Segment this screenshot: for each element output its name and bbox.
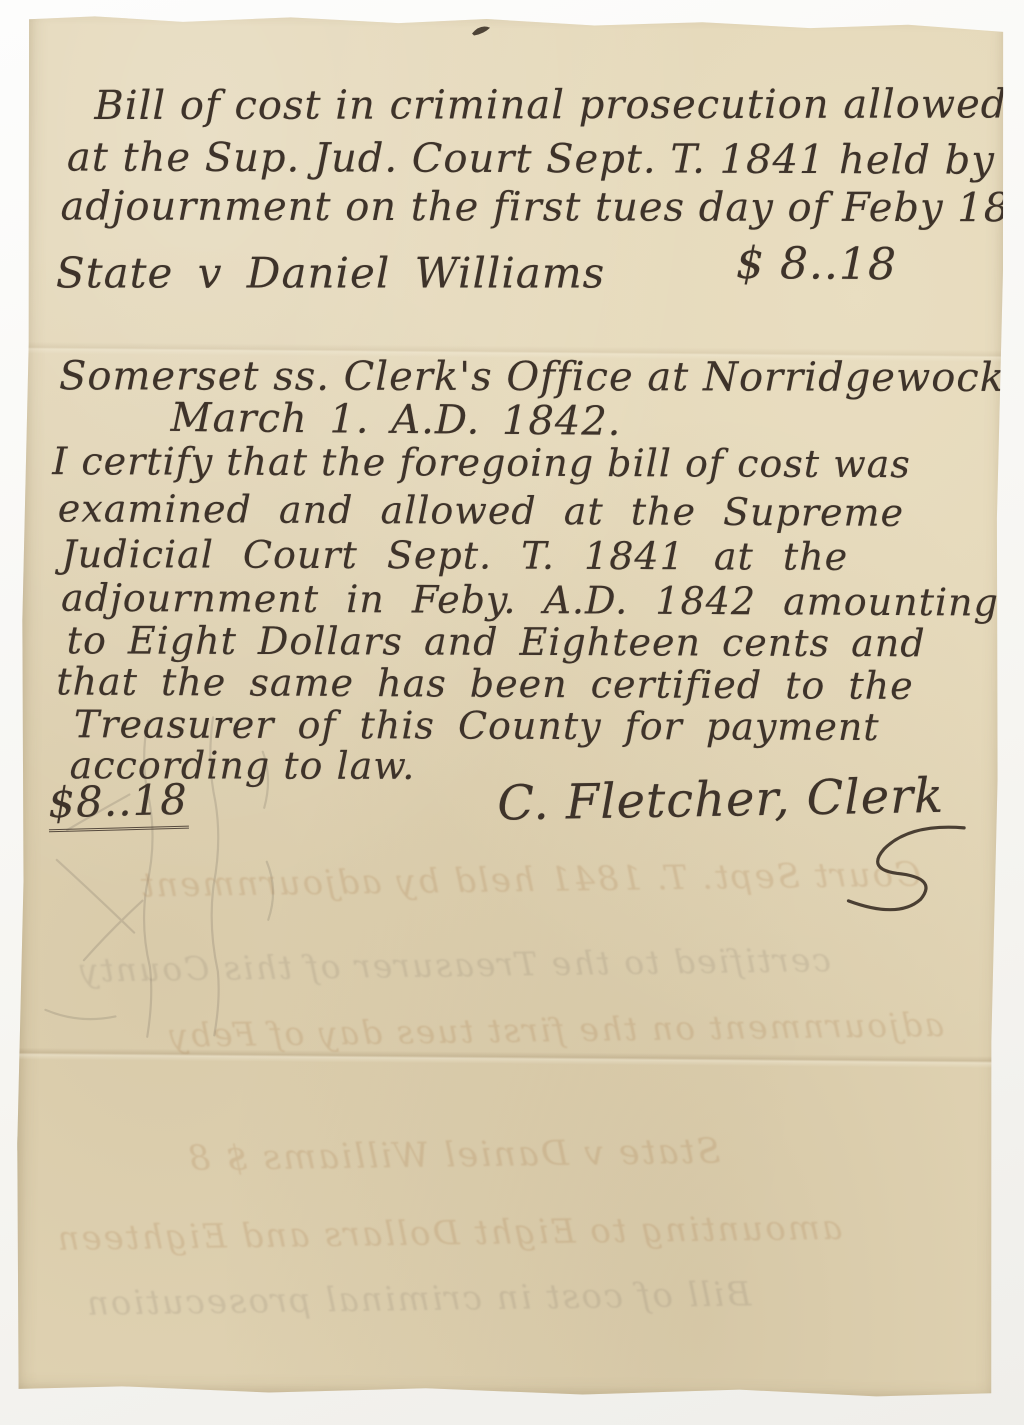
attestation-body-line: examined and allowed at the Supreme — [58, 486, 904, 534]
attestation-body-line: Treasurer of this County for payment — [74, 702, 880, 749]
total-amount-note: $8..18 — [48, 775, 189, 833]
attestation-date: March 1. A.D. 1842. — [170, 395, 621, 445]
clerk-signature: C. Fletcher, Clerk — [497, 768, 945, 832]
paper-sheet: Court Sept. T. 1841 held by adjournment … — [14, 14, 1006, 1400]
bleedthrough-line: amounting to Eight Dollars and Eighteen — [55, 1208, 842, 1259]
attestation-body-line: to Eight Dollars and Eighteen cents and — [67, 618, 926, 665]
attestation-body-line: that the same has been certified to the — [56, 659, 914, 707]
case-caption: State v Daniel Williams — [56, 248, 605, 297]
case-amount: $ 8..18 — [736, 238, 897, 290]
stray-ink-mark — [466, 19, 516, 41]
heading-line-3: adjournment on the first tues day of Feb… — [60, 184, 1024, 232]
attestation-venue: Somerset ss. Clerk's Office at Norridgew… — [59, 353, 1005, 401]
attestation-body-line: adjournment in Feby. A.D. 1842 amounting — [61, 576, 999, 625]
fold-crease-lower — [17, 1048, 997, 1069]
attestation-body-line: I certify that the foregoing bill of cos… — [52, 439, 911, 486]
bleedthrough-line: certified to the Treasurer of this Count… — [78, 940, 831, 990]
bleedthrough-line: Court Sept. T. 1841 held by adjournment — [138, 855, 921, 906]
heading-line-1: Bill of cost in criminal prosecution all… — [94, 81, 1007, 129]
bleedthrough-line: State v Daniel Williams $ 8 — [186, 1132, 721, 1179]
bleedthrough-line: adjournment on the first tues day of Feb… — [167, 1005, 944, 1055]
attestation-body-line: Judicial Court Sept. T. 1841 at the — [61, 532, 848, 579]
scanned-page-background: Court Sept. T. 1841 held by adjournment … — [0, 0, 1024, 1425]
bleedthrough-line: Bill of cost in criminal prosecution — [85, 1274, 752, 1323]
heading-line-2: at the Sup. Jud. Court Sept. T. 1841 hel… — [67, 134, 995, 183]
